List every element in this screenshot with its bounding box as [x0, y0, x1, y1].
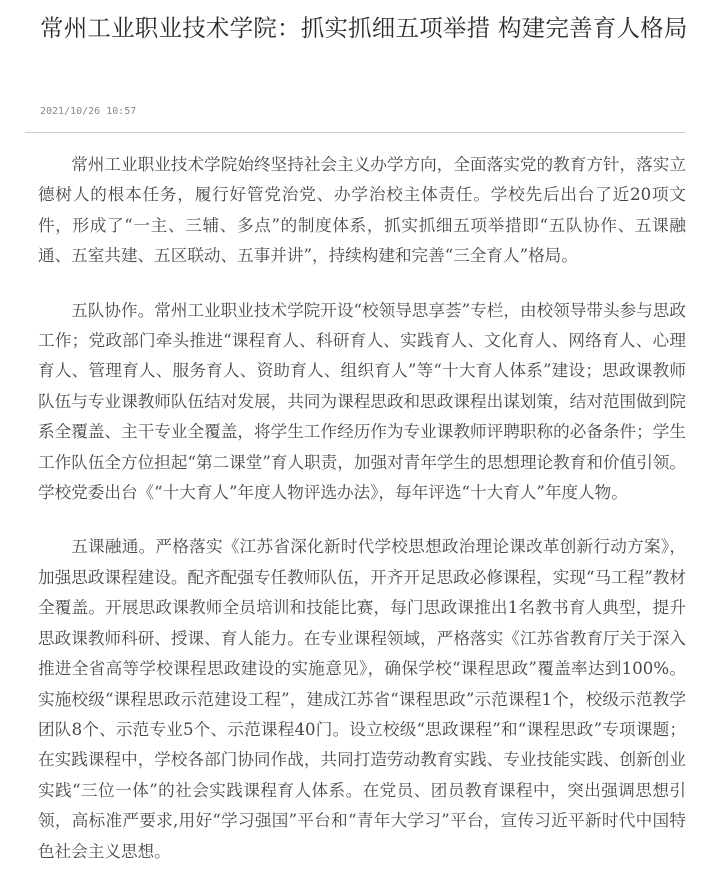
header-divider — [25, 132, 685, 133]
paragraph-five-teams: 五队协作。常州工业职业技术学院开设“校领导思享荟”专栏，由校领导带头参与思政工作… — [38, 296, 686, 509]
paragraph-five-courses: 五课融通。严格落实《江苏省深化新时代学校思想政治理论课改革创新行动方案》，加强思… — [38, 532, 686, 866]
paragraph-intro: 常州工业职业技术学院始终坚持社会主义办学方向，全面落实党的教育方针，落实立德树人… — [38, 150, 686, 272]
article-title: 常州工业职业技术学院：抓实抓细五项举措 构建完善育人格局 — [40, 10, 690, 46]
publish-datetime: 2021/10/26 10:57 — [40, 106, 136, 117]
article-body: 常州工业职业技术学院始终坚持社会主义办学方向，全面落实党的教育方针，落实立德树人… — [38, 150, 686, 887]
